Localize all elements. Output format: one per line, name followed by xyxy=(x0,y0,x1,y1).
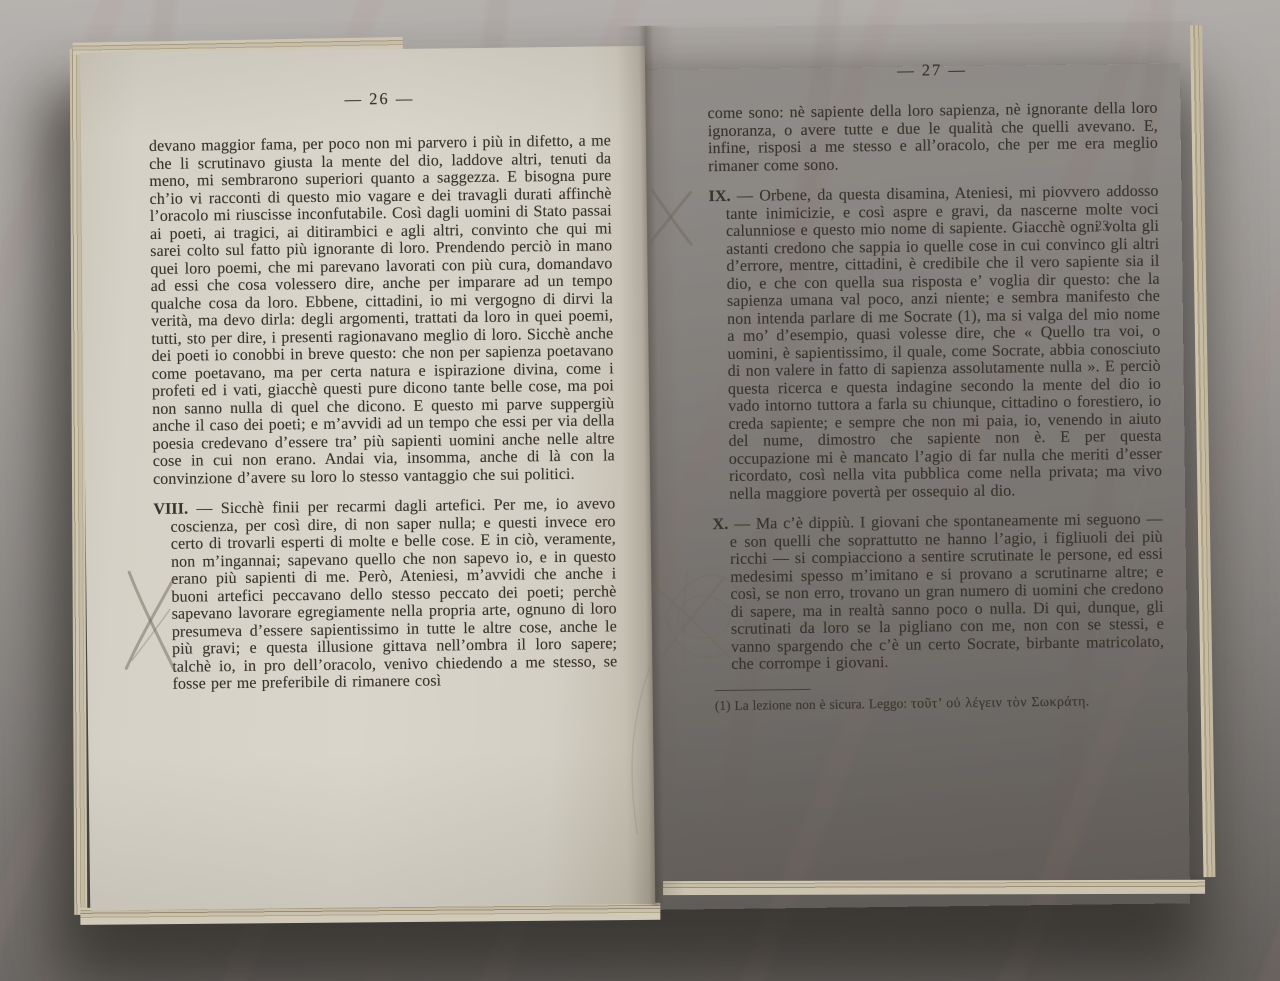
footnote-greek-text: τοῦτ’ οὐ λέγειν τὸν Σωκράτη. xyxy=(911,695,1090,712)
page-number: — 26 — xyxy=(148,86,610,112)
footnote: (1) La lezione non è sicura. Leggo: τοῦτ… xyxy=(715,693,1165,715)
pencil-x-mark xyxy=(644,182,699,251)
page-edge-stack-bottom-right xyxy=(663,880,1205,895)
section-x: X. — Ma c’è dippiù. I giovani che sponta… xyxy=(713,511,1165,674)
right-page-content: — 27 — come sono: nè sapiente della loro… xyxy=(707,58,1165,716)
footnote-marker: (1) xyxy=(715,698,731,713)
footnote-rule xyxy=(715,688,811,691)
section-number: X. xyxy=(713,516,729,533)
section-number: IX. xyxy=(709,188,731,205)
body-paragraph-continuation: devano maggior fama, per poco non mi par… xyxy=(149,132,615,488)
stephanus-margin-note: 23 xyxy=(1095,218,1110,235)
left-page: — 26 — devano maggior fama, per poco non… xyxy=(80,46,655,911)
body-paragraph-continuation: come sono: nè sapiente della loro sapien… xyxy=(707,100,1158,175)
page-number: — 27 — xyxy=(707,58,1157,83)
section-number: VIII. xyxy=(153,501,188,518)
open-book: — 26 — devano maggior fama, per poco non… xyxy=(64,13,1215,937)
paper-crease xyxy=(587,666,659,837)
footnote-text: La lezione non è sicura. Leggo: xyxy=(734,696,907,713)
section-text: — Ma c’è dippiù. I giovani che spontanea… xyxy=(730,511,1164,673)
left-page-content: — 26 — devano maggior fama, per poco non… xyxy=(148,86,617,693)
section-viii: VIII. — Sicchè finii per recarmi dagli a… xyxy=(153,495,617,693)
right-page: — 27 — come sono: nè sapiente della loro… xyxy=(645,21,1203,882)
section-text: — Sicchè finii per recarmi dagli artefic… xyxy=(170,495,617,692)
